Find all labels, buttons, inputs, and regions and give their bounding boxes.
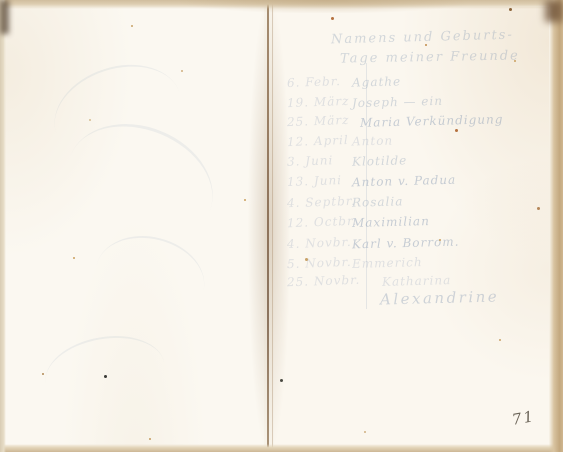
speck xyxy=(514,60,516,62)
speck xyxy=(73,257,75,259)
book-edge-left xyxy=(0,0,6,452)
entry-date: 25. März xyxy=(287,113,350,129)
entry-name: Katharina xyxy=(382,273,452,289)
register-row: 5. Novbr. Emmerich xyxy=(274,256,549,272)
register-row: 12. April Anton xyxy=(274,134,549,150)
speck xyxy=(331,17,334,20)
speck xyxy=(455,129,458,132)
register-row: 6. Febr. Agathe xyxy=(274,75,549,91)
entry-name: Rosalia xyxy=(352,194,404,209)
right-page: Namens und Geburts- Tage meiner Freunde … xyxy=(274,7,549,445)
entry-date: 12. April xyxy=(287,133,349,149)
entry-date: 5. Novbr. xyxy=(287,255,352,271)
gutter-shadow xyxy=(248,0,290,452)
left-page xyxy=(5,7,264,445)
entry-date: 19. März xyxy=(287,94,350,110)
register-row: Alexandrine xyxy=(274,291,549,307)
scanned-book-spread: Namens und Geburts- Tage meiner Freunde … xyxy=(0,0,563,452)
speck xyxy=(181,70,183,72)
register-row: 3. Juni Klotilde xyxy=(274,154,549,170)
entry-date: 25. Novbr. xyxy=(287,273,361,290)
speck xyxy=(104,375,107,378)
speck xyxy=(537,207,540,210)
entry-date: 4. Septbr. xyxy=(287,194,356,210)
register-row: 19. März Joseph — ein xyxy=(274,95,549,111)
entry-name: Joseph — ein xyxy=(352,94,443,110)
register-row: 25. Novbr. Katharina xyxy=(274,274,549,290)
entry-name: Emmerich xyxy=(352,255,423,271)
entry-name: Anton xyxy=(352,133,394,148)
gutter-line xyxy=(267,2,269,450)
speck xyxy=(509,8,512,11)
entry-date: 12. Octbr. xyxy=(287,214,358,230)
entry-name: Anton v. Padua xyxy=(352,173,457,190)
speck xyxy=(425,44,427,46)
book-edge-top-smudge xyxy=(180,0,470,13)
register-row: 13. Juni Anton v. Padua xyxy=(274,174,549,190)
speck xyxy=(439,239,441,241)
register-row: 25. März Maria Verkündigung xyxy=(274,114,549,130)
gutter-line xyxy=(272,0,273,452)
cover-corner-top-left xyxy=(0,0,9,34)
speck xyxy=(280,379,283,382)
speck xyxy=(89,119,91,121)
speck xyxy=(149,438,151,440)
cover-corner-top-right xyxy=(545,0,563,22)
entry-name: Maximilian xyxy=(352,214,430,230)
speck xyxy=(244,199,246,201)
entry-date: 13. Juni xyxy=(287,173,342,189)
register-row: 4. Novbr. Karl v. Borrom. xyxy=(274,236,549,252)
register-row: 4. Septbr. Rosalia xyxy=(274,195,549,211)
register-row: 12. Octbr. Maximilian xyxy=(274,215,549,231)
book-edge-bottom xyxy=(0,444,563,452)
bleed-through-mark xyxy=(87,225,214,331)
book-edge-right xyxy=(549,0,563,452)
entry-date: 4. Novbr. xyxy=(287,235,352,251)
entry-name: Klotilde xyxy=(352,153,408,168)
bleed-through-mark xyxy=(40,327,171,419)
handwritten-header-line1: Namens und Geburts- xyxy=(331,29,514,48)
entry-name: Agathe xyxy=(352,74,402,89)
page-number: 71 xyxy=(511,409,536,427)
entry-date: 3. Juni xyxy=(287,153,334,169)
entry-name: Alexandrine xyxy=(380,289,500,306)
speck xyxy=(499,339,501,341)
entry-name: Maria Verkündigung xyxy=(360,112,504,130)
speck xyxy=(364,431,366,433)
entry-date: 6. Febr. xyxy=(287,74,341,90)
speck xyxy=(305,258,308,261)
speck xyxy=(131,25,133,27)
speck xyxy=(42,373,44,375)
entry-name: Karl v. Borrom. xyxy=(352,235,460,252)
